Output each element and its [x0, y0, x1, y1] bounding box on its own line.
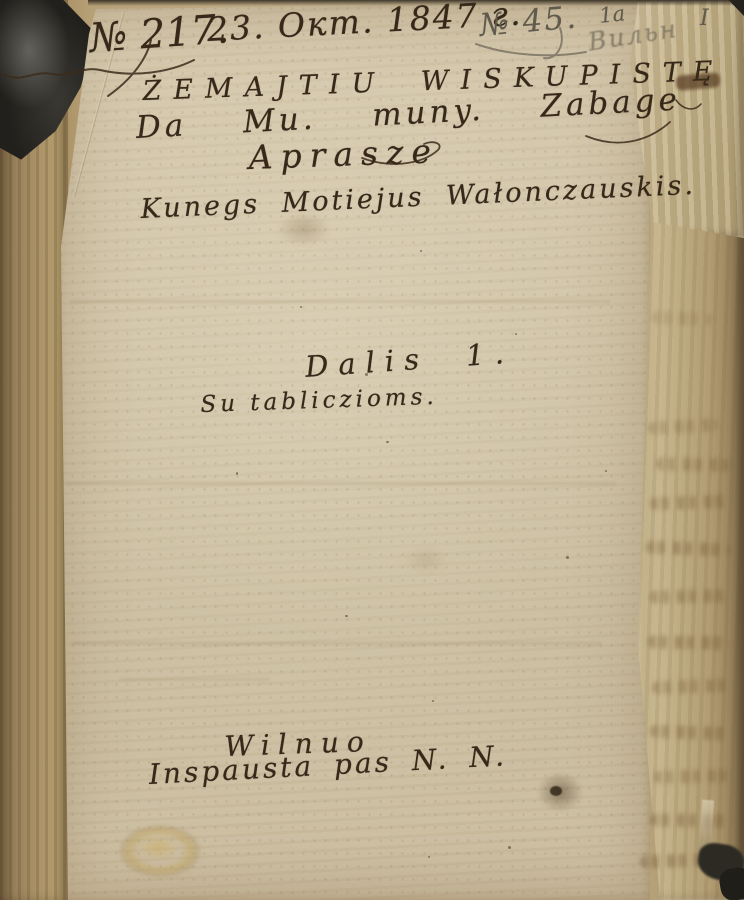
- stain-faint-middle: [396, 540, 456, 580]
- bleed-through-text: [650, 495, 730, 511]
- bleed-through-text: [656, 457, 730, 471]
- stain-dark-core: [550, 786, 562, 796]
- speck: [515, 333, 517, 335]
- speck: [428, 856, 430, 858]
- manuscript-scan: № 217. 23. Окт. 1847 г. № 45. 1a I Вильн…: [0, 0, 744, 900]
- paper-crease-small: [120, 678, 270, 681]
- speck: [236, 472, 238, 475]
- speck: [566, 556, 569, 559]
- bleed-through-text: [650, 813, 732, 827]
- speck: [605, 470, 607, 472]
- paper-wrinkle: [70, 300, 610, 303]
- speck: [508, 846, 511, 849]
- speck: [345, 615, 348, 617]
- paper-wrinkle: [72, 642, 602, 645]
- title-byline-verb: Aprasze: [248, 131, 440, 177]
- bleed-through-text: [650, 725, 730, 741]
- speck: [432, 700, 434, 702]
- bleed-through-text: [652, 679, 728, 695]
- bleed-through-text: [650, 589, 728, 603]
- corner-numeral: I: [700, 6, 709, 31]
- speck: [300, 306, 302, 308]
- bleed-through-text: [648, 635, 730, 649]
- speck: [386, 441, 389, 443]
- paper-wrinkle: [66, 482, 616, 485]
- stain-ring-bottom-left: [106, 816, 214, 886]
- bleed-through-text: [652, 311, 712, 326]
- bleed-through-text: [654, 769, 728, 783]
- speck: [420, 250, 422, 252]
